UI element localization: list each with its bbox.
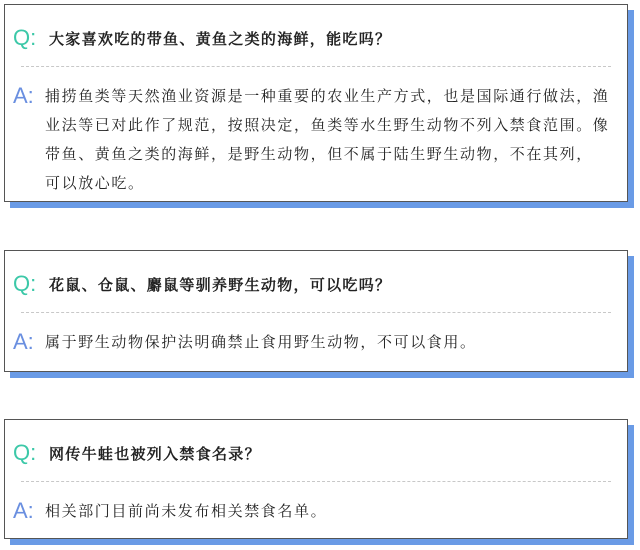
answer-text: 相关部门目前尚未发布相关禁食名单。 <box>45 497 327 526</box>
answer-line: 属于野生动物保护法明确禁止食用野生动物，不可以食用。 <box>45 328 477 357</box>
question-row: Q: 网传牛蛙也被列入禁食名录？ <box>13 442 617 464</box>
question-text: 网传牛蛙也被列入禁食名录？ <box>49 443 261 464</box>
answer-line: 业法等已对此作了规范，按照决定，鱼类等水生野生动物不列入禁食范围。像 <box>45 111 609 140</box>
question-label: Q: <box>13 442 49 464</box>
question-row: Q: 花鼠、仓鼠、麝鼠等驯养野生动物，可以吃吗？ <box>13 273 617 295</box>
answer-label: A: <box>13 328 45 356</box>
answer-row: A: 相关部门目前尚未发布相关禁食名单。 <box>13 497 613 526</box>
answer-line: 带鱼、黄鱼之类的海鲜，是野生动物，但不属于陆生野生动物，不在其列， <box>45 140 609 169</box>
dashed-divider <box>21 481 611 482</box>
qa-card-3: Q: 网传牛蛙也被列入禁食名录？ A: 相关部门目前尚未发布相关禁食名单。 <box>4 419 628 539</box>
answer-text: 捕捞鱼类等天然渔业资源是一种重要的农业生产方式，也是国际通行做法，渔 业法等已对… <box>45 82 609 198</box>
question-row: Q: 大家喜欢吃的带鱼、黄鱼之类的海鲜，能吃吗？ <box>13 27 617 49</box>
question-label: Q: <box>13 27 49 49</box>
qa-card-2: Q: 花鼠、仓鼠、麝鼠等驯养野生动物，可以吃吗？ A: 属于野生动物保护法明确禁… <box>4 250 628 372</box>
question-text: 大家喜欢吃的带鱼、黄鱼之类的海鲜，能吃吗？ <box>49 28 391 49</box>
qa-card-1: Q: 大家喜欢吃的带鱼、黄鱼之类的海鲜，能吃吗？ A: 捕捞鱼类等天然渔业资源是… <box>4 4 628 202</box>
answer-line: 捕捞鱼类等天然渔业资源是一种重要的农业生产方式，也是国际通行做法，渔 <box>45 82 609 111</box>
answer-label: A: <box>13 497 45 525</box>
answer-row: A: 捕捞鱼类等天然渔业资源是一种重要的农业生产方式，也是国际通行做法，渔 业法… <box>13 82 613 198</box>
question-label: Q: <box>13 273 49 295</box>
dashed-divider <box>21 66 611 67</box>
question-text: 花鼠、仓鼠、麝鼠等驯养野生动物，可以吃吗？ <box>49 274 391 295</box>
answer-line: 可以放心吃。 <box>45 169 609 198</box>
answer-text: 属于野生动物保护法明确禁止食用野生动物，不可以食用。 <box>45 328 477 357</box>
dashed-divider <box>21 312 611 313</box>
answer-line: 相关部门目前尚未发布相关禁食名单。 <box>45 497 327 526</box>
answer-row: A: 属于野生动物保护法明确禁止食用野生动物，不可以食用。 <box>13 328 613 357</box>
answer-label: A: <box>13 82 45 110</box>
